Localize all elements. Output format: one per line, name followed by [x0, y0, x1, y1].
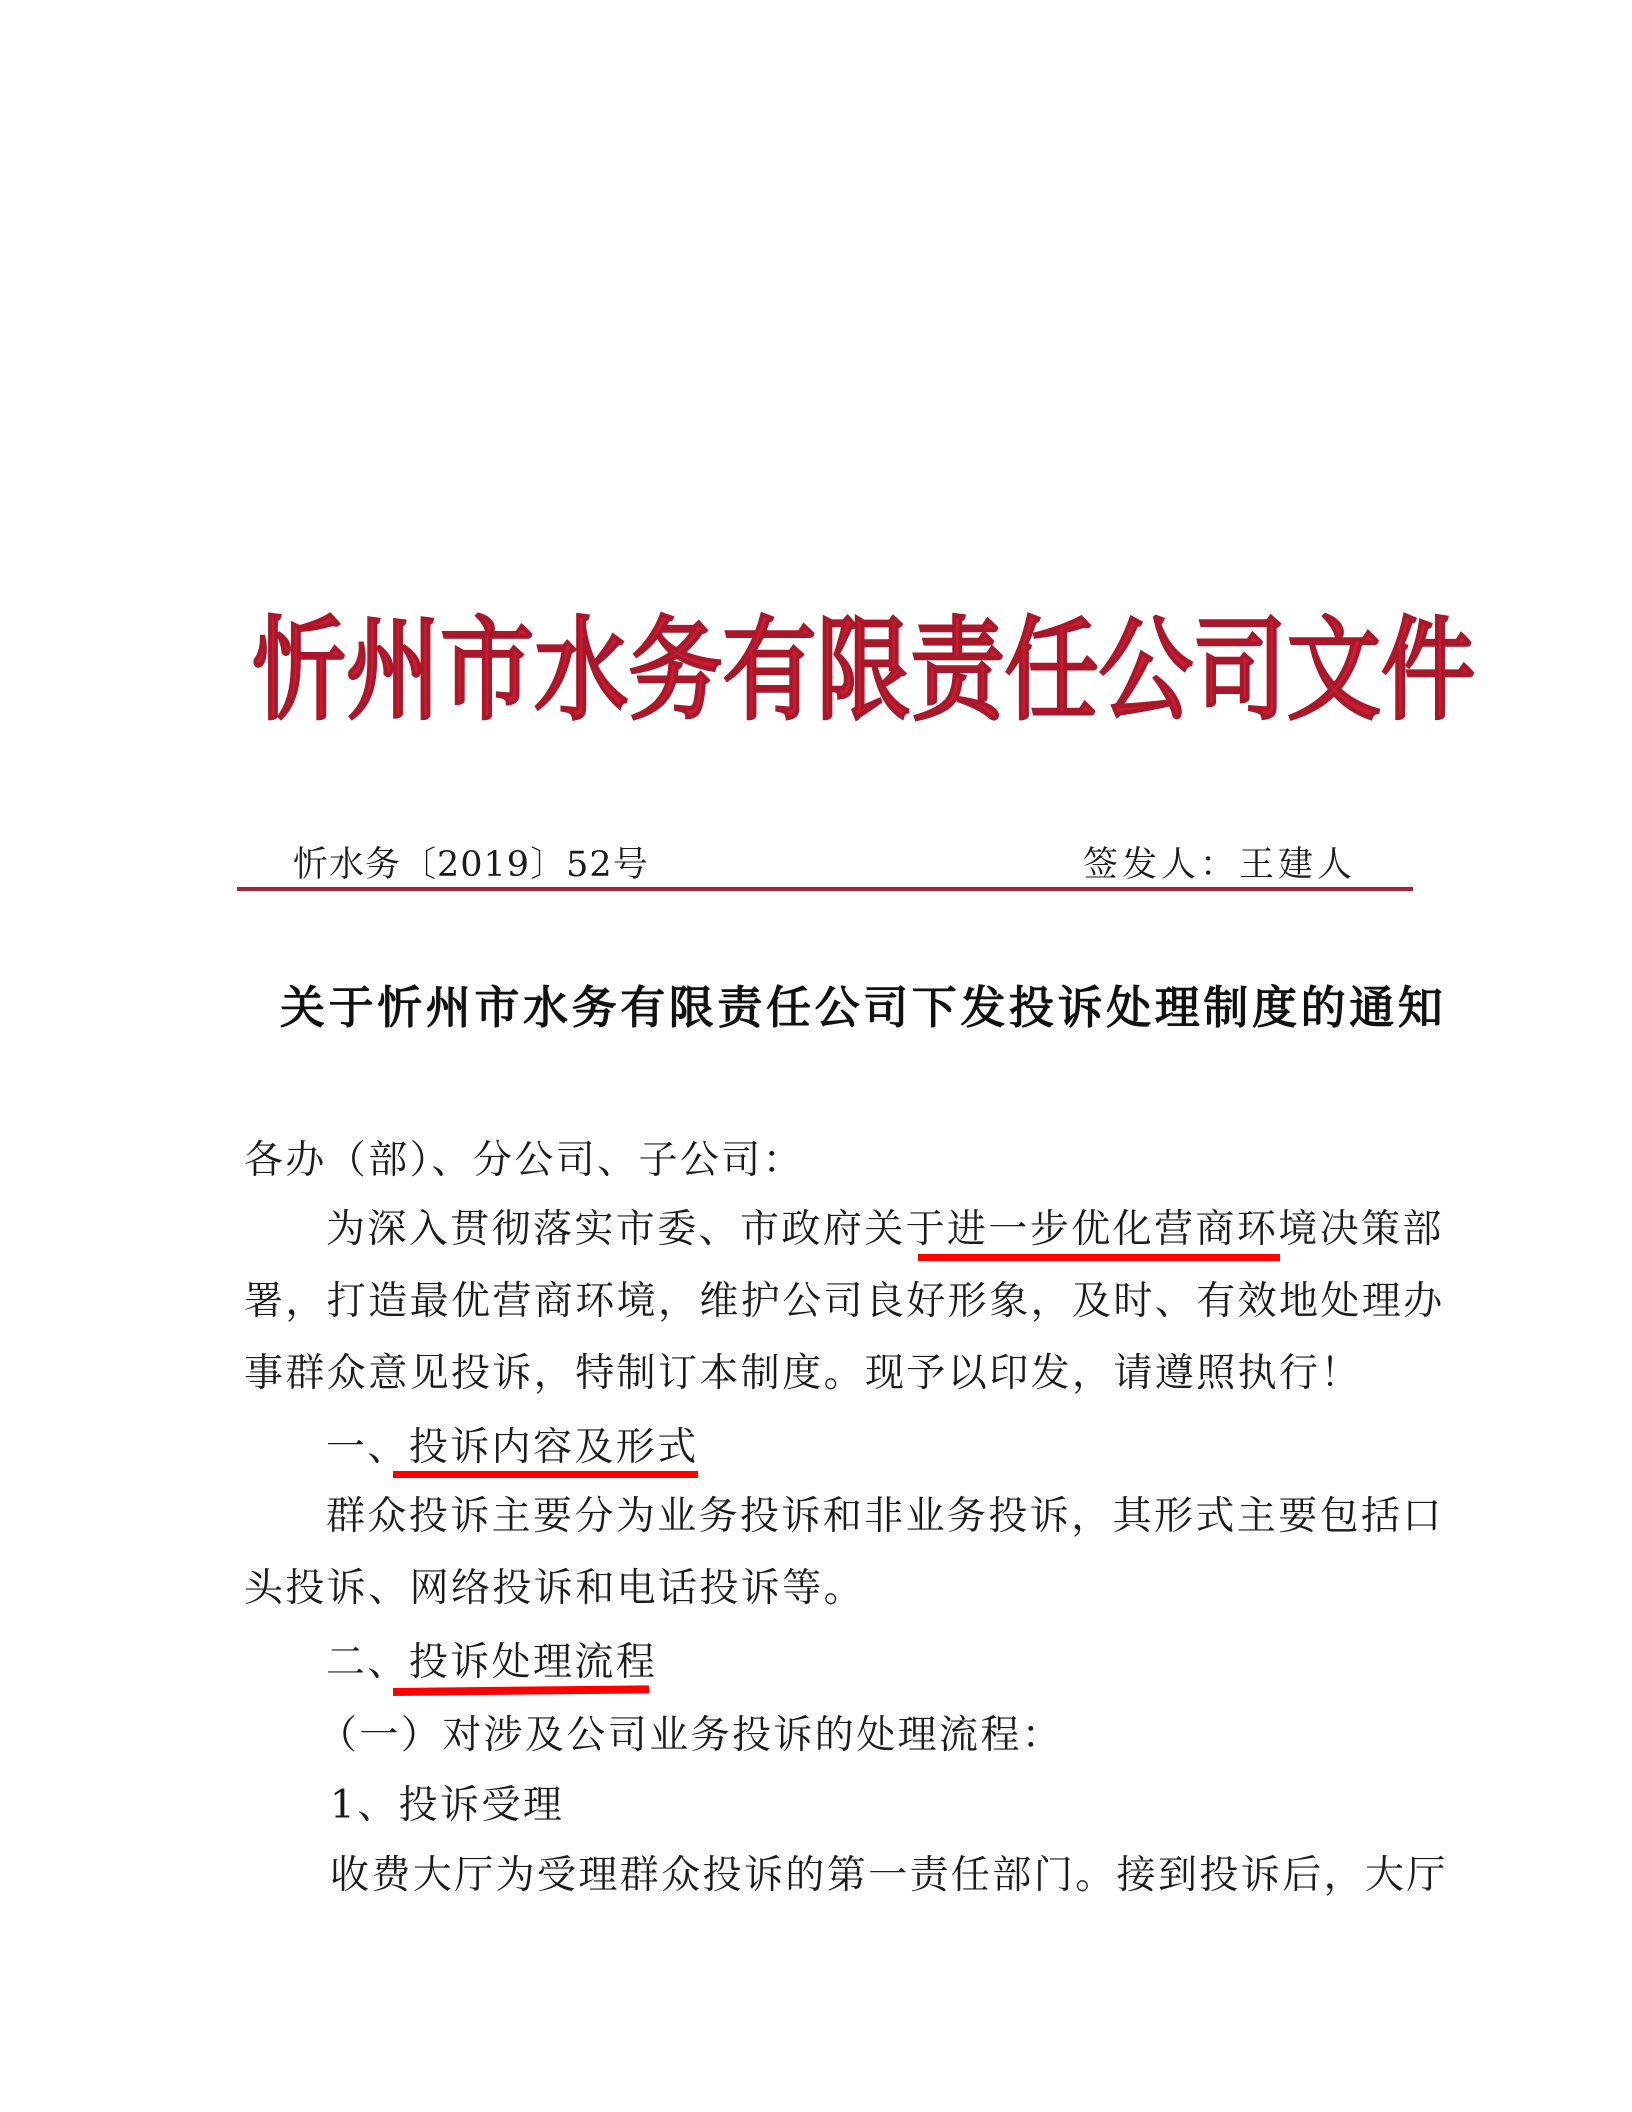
section-2-prefix: 二、 — [326, 1640, 409, 1685]
red-underline-annotation — [393, 1685, 649, 1696]
intro-line-1: 为深入贯彻落实市委、市政府关于进一步优化营商环境决策部 — [326, 1207, 1444, 1253]
salutation: 各办（部）、分公司、子公司： — [244, 1138, 804, 1184]
highlighted-phrase: 进一步优化营商环境 — [947, 1207, 1320, 1252]
section-1-title: 投诉内容及形式 — [409, 1425, 699, 1470]
intro-line-3: 事群众意见投诉，特制订本制度。现予以印发，请遵照执行！ — [244, 1351, 1362, 1397]
intro-line-1-after: 决策部 — [1320, 1207, 1444, 1252]
signer: 签发人：王建人 — [1083, 843, 1356, 887]
section-1-prefix: 一、 — [326, 1425, 409, 1470]
intro-line-2: 署，打造最优营商环境，维护公司良好形象，及时、有效地处理办 — [244, 1279, 1445, 1325]
signer-label: 签发人： — [1083, 845, 1239, 885]
section-2-title: 投诉处理流程 — [409, 1640, 657, 1685]
document-number: 忻水务〔2019〕52号 — [293, 843, 649, 887]
subsection-1: （一）对涉及公司业务投诉的处理流程： — [318, 1713, 1063, 1759]
header-divider-rule — [237, 887, 1413, 891]
red-underline-annotation — [918, 1254, 1280, 1261]
signer-name: 王建人 — [1239, 845, 1356, 885]
item-1-title: 1、投诉受理 — [330, 1783, 564, 1829]
section-2-heading: 二、投诉处理流程 — [326, 1640, 657, 1686]
org-document-header: 忻州市水务有限责任公司文件 — [252, 606, 1396, 736]
item-1-line-1: 收费大厅为受理群众投诉的第一责任部门。接到投诉后，大厅 — [330, 1853, 1448, 1899]
section-1-line-2: 头投诉、网络投诉和电话投诉等。 — [244, 1566, 865, 1612]
section-1-heading: 一、投诉内容及形式 — [326, 1425, 699, 1471]
notice-title: 关于忻州市水务有限责任公司下发投诉处理制度的通知 — [280, 980, 1380, 1036]
section-1-line-1: 群众投诉主要分为业务投诉和非业务投诉，其形式主要包括口 — [326, 1494, 1444, 1540]
document-page: 忻州市水务有限责任公司文件 忻水务〔2019〕52号 签发人：王建人 关于忻州市… — [0, 0, 1632, 2112]
org-document-title: 忻州市水务有限责任公司文件 — [252, 606, 1475, 736]
red-underline-annotation — [393, 1471, 698, 1478]
intro-line-1-before: 为深入贯彻落实市委、市政府关于 — [326, 1207, 947, 1252]
